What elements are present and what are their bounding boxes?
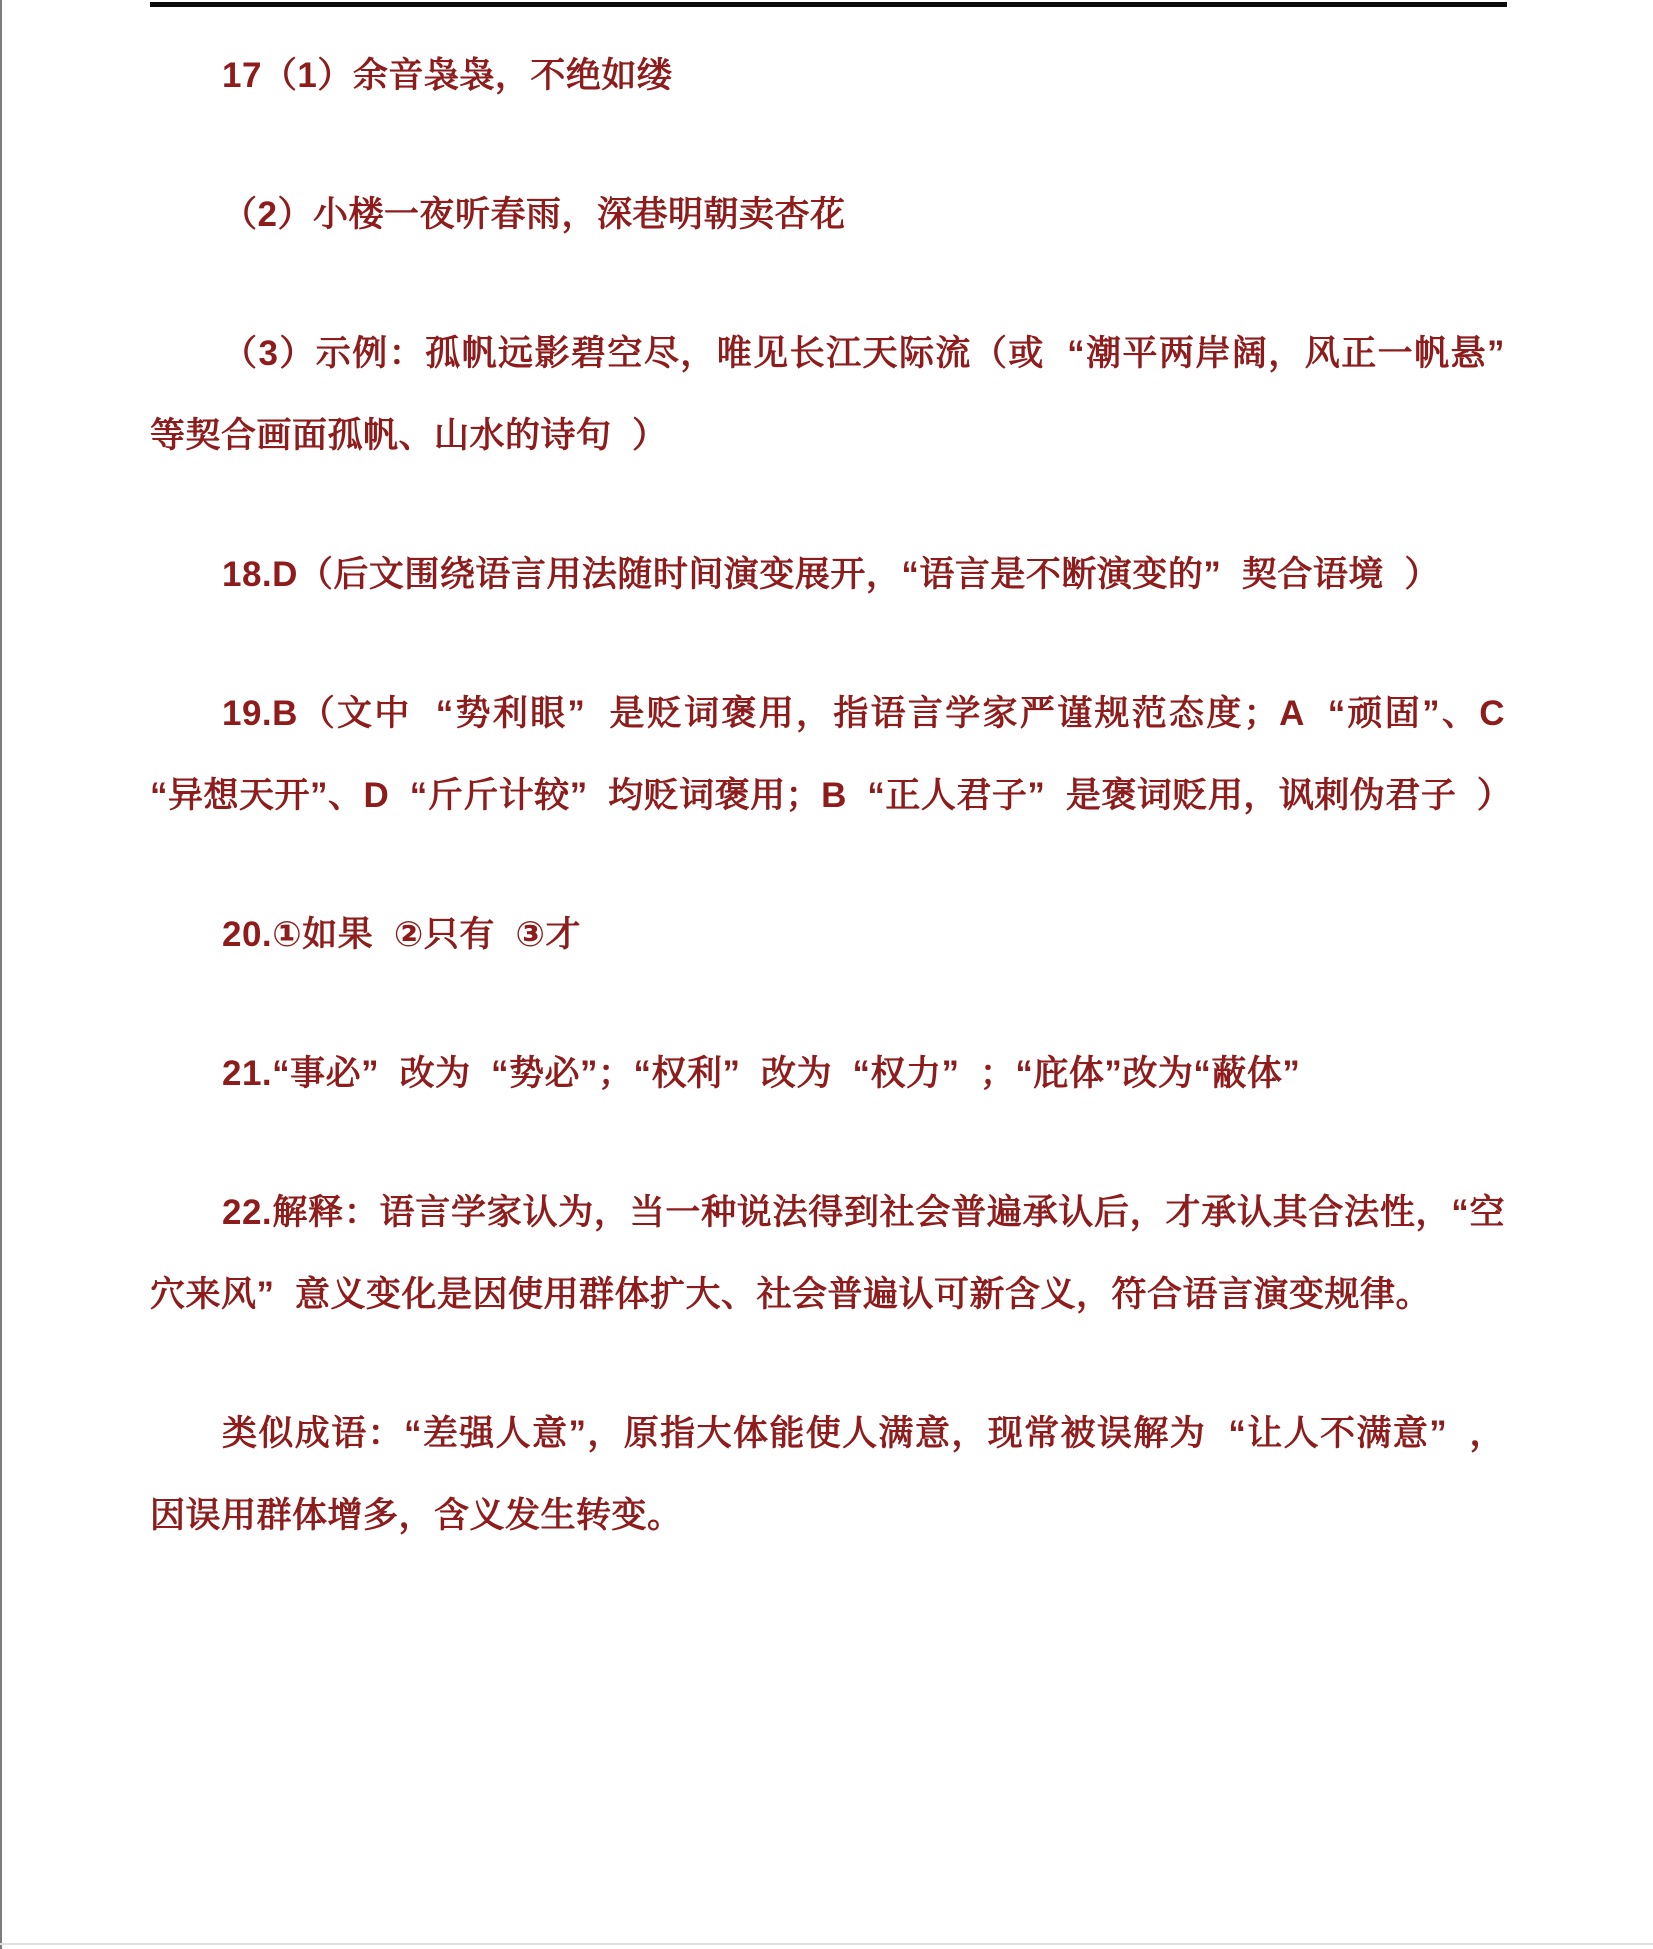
answer-paragraph-5: 19.B（文中 “势利眼” 是贬词褒用，指语言学家严谨规范态度；A “顽固”、C… bbox=[150, 673, 1505, 837]
answer-paragraph-7: 21.“事必” 改为 “势必”；“权利” 改为 “权力” ；“庇体”改为“蔽体” bbox=[150, 1033, 1505, 1115]
answer-key-body: 17（1）余音袅袅，不绝如缕（2）小楼一夜听春雨，深巷明朝卖杏花（3）示例：孤帆… bbox=[150, 35, 1505, 1557]
answer-paragraph-3: （3）示例：孤帆远影碧空尽，唯见长江天际流（或 “潮平两岸阔，风正一帆悬” 等契… bbox=[150, 313, 1505, 477]
document-page: 17（1）余音袅袅，不绝如缕（2）小楼一夜听春雨，深巷明朝卖杏花（3）示例：孤帆… bbox=[0, 0, 1653, 1949]
page-left-edge bbox=[0, 0, 2, 1949]
answer-paragraph-9: 类似成语：“差强人意”，原指大体能使人满意，现常被误解为 “让人不满意” ，因误… bbox=[150, 1393, 1505, 1557]
screenshot-root: { "page": { "colors": { "text": "#8e1c1c… bbox=[0, 0, 1653, 1949]
answer-paragraph-4: 18.D（后文围绕语言用法随时间演变展开，“语言是不断演变的” 契合语境 ） bbox=[150, 534, 1505, 616]
answer-paragraph-8: 22.解释：语言学家认为，当一种说法得到社会普遍承认后，才承认其合法性，“空穴来… bbox=[150, 1172, 1505, 1336]
answer-paragraph-1: 17（1）余音袅袅，不绝如缕 bbox=[150, 35, 1505, 117]
answer-paragraph-6: 20.①如果 ②只有 ③才 bbox=[150, 894, 1505, 976]
header-rule bbox=[150, 2, 1507, 7]
footer-rule bbox=[0, 1943, 1653, 1945]
answer-paragraph-2: （2）小楼一夜听春雨，深巷明朝卖杏花 bbox=[150, 174, 1505, 256]
